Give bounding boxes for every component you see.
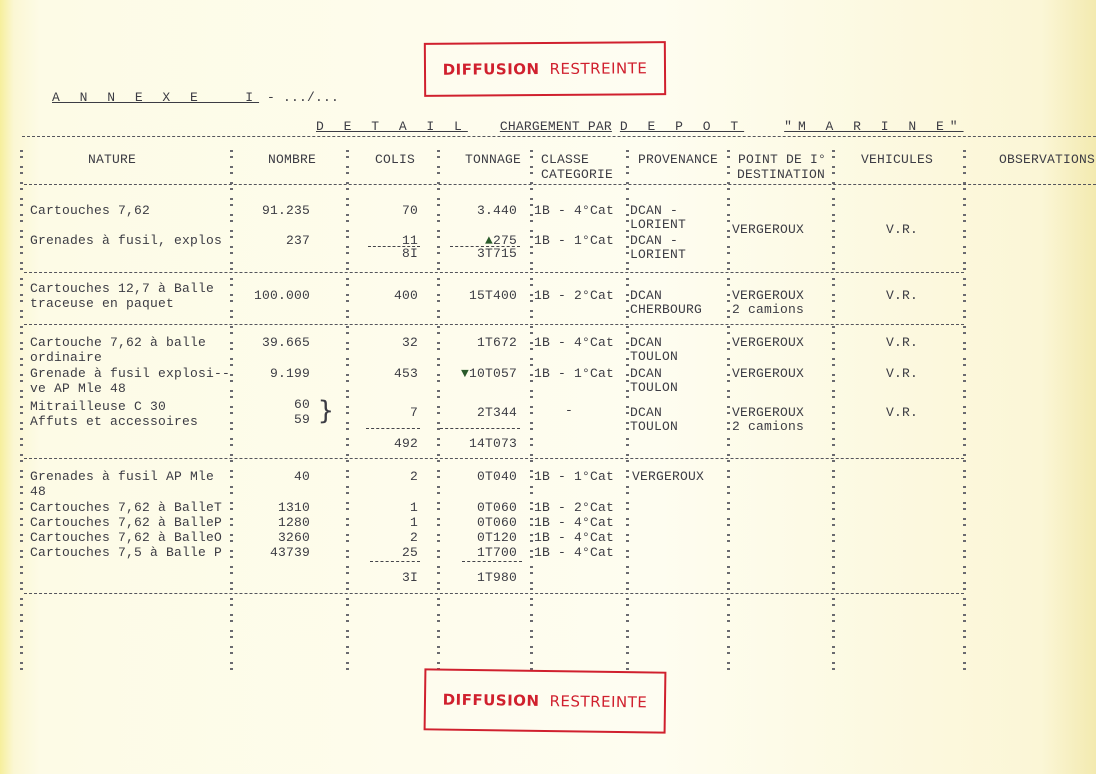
subtotal-rule-colis xyxy=(370,561,420,562)
row-nature-l2: traceuse en paquet xyxy=(30,296,174,311)
row-nombre: 43739 xyxy=(230,545,310,560)
row-colis: 25 xyxy=(346,545,418,560)
col-colis: COLIS xyxy=(375,152,415,167)
subtotal-rule-tonnage xyxy=(462,561,522,562)
col-point-de: POINT DE I° xyxy=(738,152,826,167)
subtotal-tonnage: 1T980 xyxy=(437,570,517,585)
row-nombre: 39.665 xyxy=(230,335,310,350)
row-classe: - xyxy=(565,403,573,418)
row-nature: Cartouches 7,62 à BalleO xyxy=(30,530,222,545)
group-separator xyxy=(24,272,964,273)
col-vehicules: VEHICULES xyxy=(861,152,933,167)
group-vehicules: V.R. xyxy=(886,222,918,237)
group-separator xyxy=(24,593,964,594)
row-destination-l1: VERGEROUX xyxy=(732,405,804,420)
row-nature-l2: ordinaire xyxy=(30,350,102,365)
row-nature-l1: Cartouche 7,62 à balle xyxy=(30,335,206,350)
row-tonnage: 3.440 xyxy=(437,203,517,218)
row-vehicules: V.R. xyxy=(886,288,918,303)
stamp-word-1: DIFFUSION xyxy=(443,691,540,710)
row-tonnage: 0T120 xyxy=(437,530,517,545)
row-nombre-l1: 60 xyxy=(230,397,310,412)
row-tonnage: 1T672 xyxy=(437,335,517,350)
row-provenance-l2: CHERBOURG xyxy=(630,302,702,317)
title-chargement: CHARGEMENT PAR xyxy=(500,119,612,134)
annex-label: A N N E X E I - .../... xyxy=(36,75,339,105)
col-destination: DESTINATION xyxy=(737,167,825,182)
row-nature-l2: ve AP Mle 48 xyxy=(30,381,126,396)
annex-title: A N N E X E I xyxy=(52,90,259,105)
row-provenance-l2: LORIENT xyxy=(630,217,686,232)
document-title: D E T A I L CHARGEMENT PAR D E P O T "M … xyxy=(300,104,964,134)
row-provenance-l1: DCAN xyxy=(630,366,662,381)
row-provenance-l2: LORIENT xyxy=(630,247,686,262)
row-provenance-l2: TOULON xyxy=(630,349,678,364)
row-provenance-l2: TOULON xyxy=(630,419,678,434)
row-nature-l1: Mitrailleuse C 30 xyxy=(30,399,166,414)
row-nature: Grenades à fusil, explos xyxy=(30,233,222,248)
row-nature: Cartouches 7,5 à Balle P xyxy=(30,545,222,560)
row-nombre: 237 xyxy=(230,233,310,248)
row-provenance: VERGEROUX xyxy=(632,469,704,484)
row-tonnage: 1T700 xyxy=(437,545,517,560)
row-destination-l2: 2 camions xyxy=(732,302,804,317)
row-classe: 1B - 4°Cat xyxy=(534,515,614,530)
row-colis: 1 xyxy=(346,515,418,530)
row-tonnage: 0T040 xyxy=(437,469,517,484)
col-categorie: CATEGORIE xyxy=(541,167,613,182)
row-nature-l1: Grenade à fusil explosi-- xyxy=(30,366,230,381)
row-classe: 1B - 2°Cat xyxy=(534,288,614,303)
row-classe: 1B - 2°Cat xyxy=(534,500,614,515)
row-destination-l2: 2 camions xyxy=(732,419,804,434)
row-colis: 400 xyxy=(346,288,418,303)
row-classe: 1B - 4°Cat xyxy=(534,530,614,545)
col-classe: CLASSE xyxy=(541,152,589,167)
row-nombre: 1310 xyxy=(230,500,310,515)
row-nature-l1: Grenades à fusil AP Mle xyxy=(30,469,214,484)
header-bottom-rule xyxy=(24,184,1096,185)
row-colis: 2 xyxy=(346,530,418,545)
row-tonnage: 0T060 xyxy=(437,500,517,515)
row-nature-l2: Affuts et accessoires xyxy=(30,414,198,429)
row-nombre: 9.199 xyxy=(230,366,310,381)
stamp-word-2: RESTREINTE xyxy=(549,692,647,711)
row-nature-l1: Cartouches 12,7 à Balle xyxy=(30,281,214,296)
title-detail: D E T A I L xyxy=(316,119,468,134)
row-tonnage: 0T060 xyxy=(437,515,517,530)
subtotal-tonnage: 3T715 xyxy=(437,246,517,261)
row-colis: 7 xyxy=(346,405,418,420)
row-classe: 1B - 4°Cat xyxy=(534,545,614,560)
row-colis: 2 xyxy=(346,469,418,484)
table-top-rule xyxy=(22,136,1096,137)
row-nature: Cartouches 7,62 xyxy=(30,203,150,218)
subtotal-colis: 8I xyxy=(346,246,418,261)
row-nombre: 1280 xyxy=(230,515,310,530)
group-destination: VERGEROUX xyxy=(732,222,804,237)
row-nature: Cartouches 7,62 à BalleP xyxy=(30,515,222,530)
row-nombre: 40 xyxy=(230,469,310,484)
row-colis: 32 xyxy=(346,335,418,350)
annex-suffix: - .../... xyxy=(259,90,339,105)
row-classe: 1B - 4°Cat xyxy=(534,203,614,218)
col-nature: NATURE xyxy=(88,152,136,167)
group-separator xyxy=(24,458,964,459)
col-tonnage: TONNAGE xyxy=(465,152,521,167)
group-separator xyxy=(24,324,964,325)
row-provenance-l1: DCAN xyxy=(630,335,662,350)
row-tonnage-value: 10T057 xyxy=(469,366,517,381)
row-provenance-l1: DCAN - xyxy=(630,233,678,248)
row-classe: 1B - 1°Cat xyxy=(534,233,614,248)
row-tonnage: 15T400 xyxy=(437,288,517,303)
row-classe: 1B - 1°Cat xyxy=(534,469,614,484)
col-observations: OBSERVATIONS xyxy=(999,152,1095,167)
row-destination: VERGEROUX xyxy=(732,335,804,350)
row-nombre: 3260 xyxy=(230,530,310,545)
row-classe: 1B - 4°Cat xyxy=(534,335,614,350)
brace-icon: } xyxy=(318,398,334,424)
subtotal-tonnage: 14T073 xyxy=(437,436,517,451)
stamp-word-1: DIFFUSION xyxy=(443,60,540,79)
row-nature-l2: 48 xyxy=(30,484,46,499)
tick-mark-icon: ▼ xyxy=(461,366,469,381)
row-colis: 70 xyxy=(346,203,418,218)
row-nature: Cartouches 7,62 à BalleT xyxy=(30,500,222,515)
col-nombre: NOMBRE xyxy=(268,152,316,167)
subtotal-rule-tonnage xyxy=(440,428,520,429)
stamp-word-2: RESTREINTE xyxy=(549,59,647,78)
row-vehicules: V.R. xyxy=(886,366,918,381)
row-provenance-l1: DCAN xyxy=(630,288,662,303)
row-tonnage: ▼10T057 xyxy=(437,366,517,381)
col-provenance: PROVENANCE xyxy=(638,152,718,167)
row-tonnage: 2T344 xyxy=(437,405,517,420)
row-provenance-l2: TOULON xyxy=(630,380,678,395)
row-nombre-l2: 59 xyxy=(230,412,310,427)
diffusion-restreinte-stamp-top: DIFFUSIONRESTREINTE xyxy=(424,41,666,97)
subtotal-colis: 492 xyxy=(346,436,418,451)
row-provenance-l1: DCAN - xyxy=(630,203,678,218)
row-nombre: 100.000 xyxy=(230,288,310,303)
row-nombre: 91.235 xyxy=(230,203,310,218)
subtotal-rule-colis xyxy=(366,428,420,429)
row-vehicules: V.R. xyxy=(886,335,918,350)
row-colis: 1 xyxy=(346,500,418,515)
title-marine: "M A R I N E" xyxy=(784,119,963,134)
diffusion-restreinte-stamp-bottom: DIFFUSIONRESTREINTE xyxy=(424,668,667,733)
row-vehicules: V.R. xyxy=(886,405,918,420)
row-provenance-l1: DCAN xyxy=(630,405,662,420)
row-classe: 1B - 1°Cat xyxy=(534,366,614,381)
row-colis: 453 xyxy=(346,366,418,381)
row-destination-l1: VERGEROUX xyxy=(732,288,804,303)
row-destination: VERGEROUX xyxy=(732,366,804,381)
subtotal-colis: 3I xyxy=(346,570,418,585)
title-depot: D E P O T xyxy=(620,119,744,134)
